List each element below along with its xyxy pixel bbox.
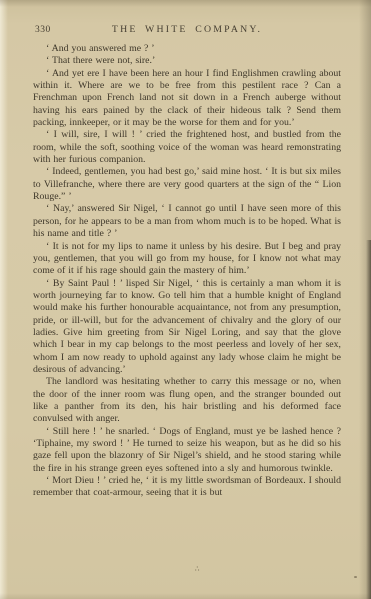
paragraph: ‘ By Saint Paul ! ’ lisped Sir Nigel, ‘ … (33, 278, 341, 377)
paragraph: ‘ Mort Dieu ! ’ cried he, ‘ it is my lit… (33, 475, 341, 500)
paragraph: ‘ Still here ! ’ he snarled. ‘ Dogs of E… (33, 426, 341, 475)
paragraph: ‘ That there were not, sire.’ (33, 55, 341, 67)
paragraph: ‘ Indeed, gentlemen, you had best go,’ s… (33, 166, 341, 203)
page-edge-top-shadow (0, 0, 371, 7)
page-edge-left-highlight (0, 0, 8, 599)
text-column: ‘ And you answered me ? ’ ‘ That there w… (33, 43, 341, 500)
printers-mark: ∴ (195, 565, 200, 573)
paragraph: ‘ And yet ere I have been here an hour I… (33, 68, 341, 130)
page-number: 330 (35, 25, 51, 35)
paragraph: ‘ It is not for my lips to name it unles… (33, 241, 341, 278)
page-edge-bottom-shadow (0, 593, 371, 599)
running-title: THE WHITE COMPANY. (33, 24, 341, 35)
page-header: 330 THE WHITE COMPANY. (33, 24, 341, 38)
ink-speck (354, 576, 357, 578)
book-page-scan: 330 THE WHITE COMPANY. ‘ And you answere… (0, 0, 371, 599)
paragraph: The landlord was hesitating whether to c… (33, 376, 341, 425)
paragraph: ‘ I will, sire, I will ! ’ cried the fri… (33, 129, 341, 166)
page-edge-right-dark-line (366, 240, 371, 599)
paragraph: ‘ Nay,’ answered Sir Nigel, ‘ I cannot g… (33, 203, 341, 240)
paragraph: ‘ And you answered me ? ’ (33, 43, 341, 55)
